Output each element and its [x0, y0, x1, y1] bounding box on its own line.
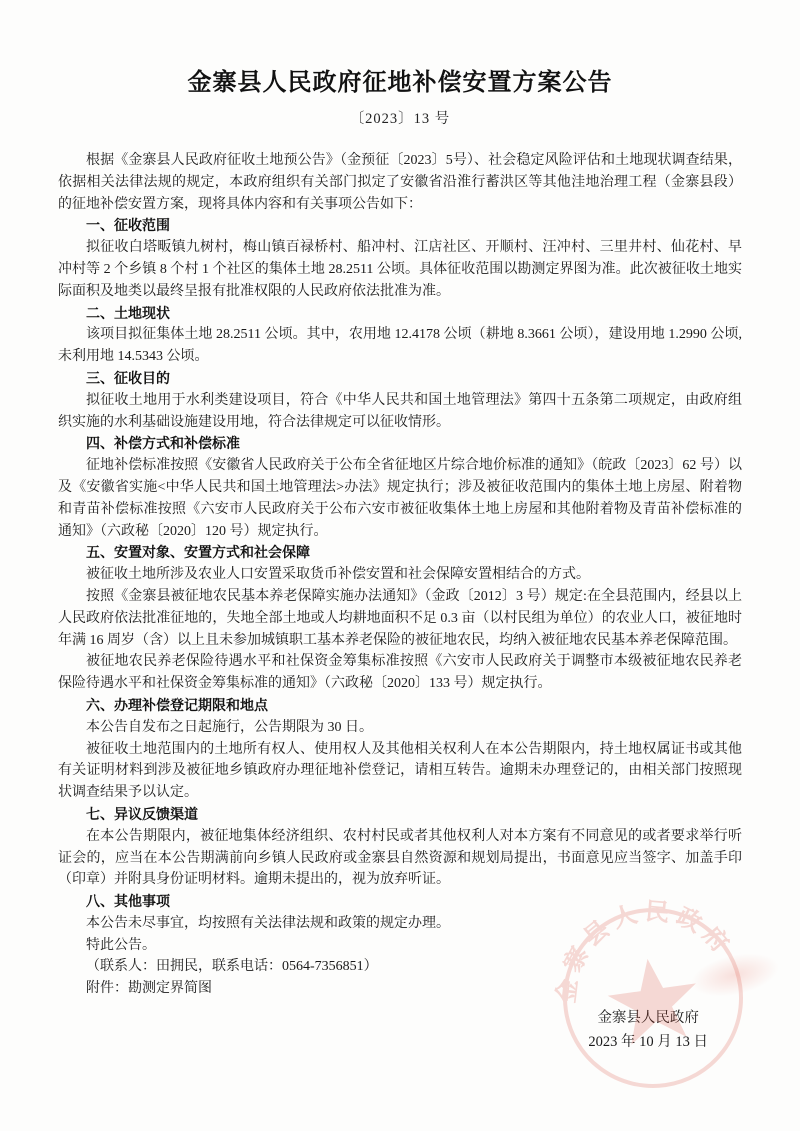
section-paragraph: 拟征收土地用于水利类建设项目，符合《中华人民共和国土地管理法》第四十五条第二项规… — [58, 390, 742, 434]
section-paragraph: 被征收土地所涉及农业人口安置采取货币补偿安置和社会保障安置相结合的方式。 — [58, 564, 742, 586]
document-page: 金寨县人民政府征地补偿安置方案公告 〔2023〕13 号 根据《金寨县人民政府征… — [0, 0, 800, 1131]
section-paragraph: 附件：勘测定界简图 — [58, 978, 742, 1000]
signature-date: 2023 年 10 月 13 日 — [588, 1030, 708, 1054]
section-heading: 五、安置对象、安置方式和社会保障 — [58, 542, 742, 564]
intro-paragraph: 根据《金寨县人民政府征收土地预公告》（金预征〔2023〕5号）、社会稳定风险评估… — [58, 150, 742, 215]
section-heading: 三、征收目的 — [58, 368, 742, 390]
section-paragraph: （联系人：田拥民，联系电话：0564-7356851） — [58, 956, 742, 978]
signature-issuer: 金寨县人民政府 — [597, 1006, 699, 1030]
announcement-document: 金寨县人民政府征地补偿安置方案公告 〔2023〕13 号 根据《金寨县人民政府征… — [0, 0, 800, 1054]
section-heading: 六、办理补偿登记期限和地点 — [58, 695, 742, 717]
document-title: 金寨县人民政府征地补偿安置方案公告 — [58, 62, 742, 97]
document-number: 〔2023〕13 号 — [58, 107, 742, 128]
section-paragraph: 被征收土地范围内的土地所有权人、使用权人及其他相关权利人在本公告期限内，持土地权… — [58, 739, 742, 804]
section-paragraph: 本公告自发布之日起施行，公告期限为 30 日。 — [58, 717, 742, 739]
section-heading: 一、征收范围 — [58, 215, 742, 237]
section-paragraph: 按照《金寨县被征地农民基本养老保障实施办法通知》（金政〔2012〕3 号）规定:… — [58, 586, 742, 651]
section-paragraph: 征地补偿标准按照《安徽省人民政府关于公布全省征地区片综合地价标准的通知》（皖政〔… — [58, 455, 742, 542]
document-body: 根据《金寨县人民政府征收土地预公告》（金预征〔2023〕5号）、社会稳定风险评估… — [58, 150, 742, 1000]
section-paragraph: 特此公告。 — [58, 935, 742, 957]
section-paragraph: 该项目拟征集体土地 28.2511 公顷。其中，农用地 12.4178 公顷（耕… — [58, 324, 742, 368]
section-heading: 七、异议反馈渠道 — [58, 804, 742, 826]
section-paragraph: 被征地农民养老保险待遇水平和社保资金筹集标准按照《六安市人民政府关于调整市本级被… — [58, 651, 742, 695]
section-heading: 四、补偿方式和补偿标准 — [58, 433, 742, 455]
sections: 一、征收范围拟征收白塔畈镇九树村，梅山镇百禄桥村、船冲村、江店社区、开顺村、汪冲… — [58, 215, 742, 1000]
section-heading: 八、其他事项 — [58, 891, 742, 913]
section-paragraph: 在本公告期限内，被征地集体经济组织、农村村民或者其他权利人对本方案有不同意见的或… — [58, 826, 742, 891]
signature-block: 金寨县人民政府 2023 年 10 月 13 日 — [588, 1006, 708, 1054]
section-paragraph: 拟征收白塔畈镇九树村，梅山镇百禄桥村、船冲村、江店社区、开顺村、汪冲村、三里井村… — [58, 237, 742, 302]
section-heading: 二、土地现状 — [58, 303, 742, 325]
section-paragraph: 本公告未尽事宜，均按照有关法律法规和政策的规定办理。 — [58, 913, 742, 935]
